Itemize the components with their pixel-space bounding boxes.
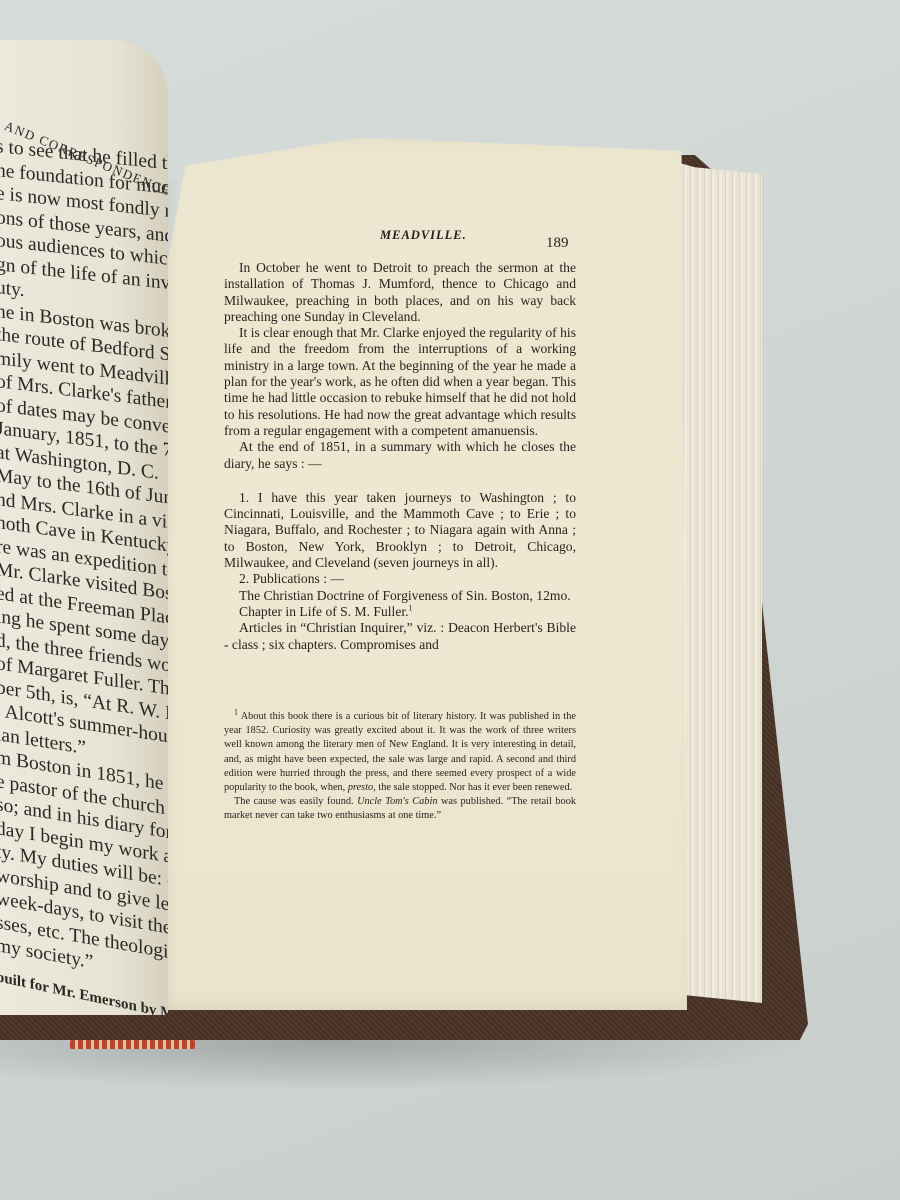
left-page-text: s to see that he filled those yearshe fo… (0, 135, 166, 989)
running-head: MEADVILLE. (380, 228, 467, 243)
paragraph: 2. Publications : — (224, 571, 576, 587)
paragraph: Articles in “Christian Inquirer,” viz. :… (224, 620, 576, 653)
paragraph: The Christian Doctrine of Forgiveness of… (224, 588, 576, 604)
footnote-italic: presto (348, 782, 373, 793)
footnote-italic: Uncle Tom's Cabin (357, 796, 437, 807)
footnote: 1 About this book there is a curious bit… (224, 710, 576, 795)
headband (70, 1040, 195, 1049)
footnote-marker: 1 (234, 708, 238, 717)
footnote-text: About this book there is a curious bit o… (224, 711, 576, 793)
footnote-text: , the sale stopped. Nor has it ever been… (373, 782, 572, 793)
page-edges (680, 163, 762, 1003)
footnotes: 1 About this book there is a curious bit… (224, 710, 576, 824)
paragraph: Chapter in Life of S. M. Fuller.1 (224, 604, 576, 620)
paragraph: 1. I have this year taken journeys to Wa… (224, 490, 576, 571)
footnote-text: The cause was easily found. (234, 796, 357, 807)
paragraph: It is clear enough that Mr. Clarke enjoy… (224, 325, 576, 439)
body-text: In October he went to Detroit to preach … (224, 260, 576, 653)
paragraph: In October he went to Detroit to preach … (224, 260, 576, 325)
page-number: 189 (546, 235, 569, 252)
paragraph-text: Chapter in Life of S. M. Fuller. (239, 604, 409, 619)
left-page: AND CORRESPONDENCE. s to see that he fil… (0, 40, 168, 1015)
paragraph: At the end of 1851, in a summary with wh… (224, 439, 576, 472)
footnote-marker: 1 (409, 603, 413, 612)
footnote: The cause was easily found. Uncle Tom's … (224, 795, 576, 823)
